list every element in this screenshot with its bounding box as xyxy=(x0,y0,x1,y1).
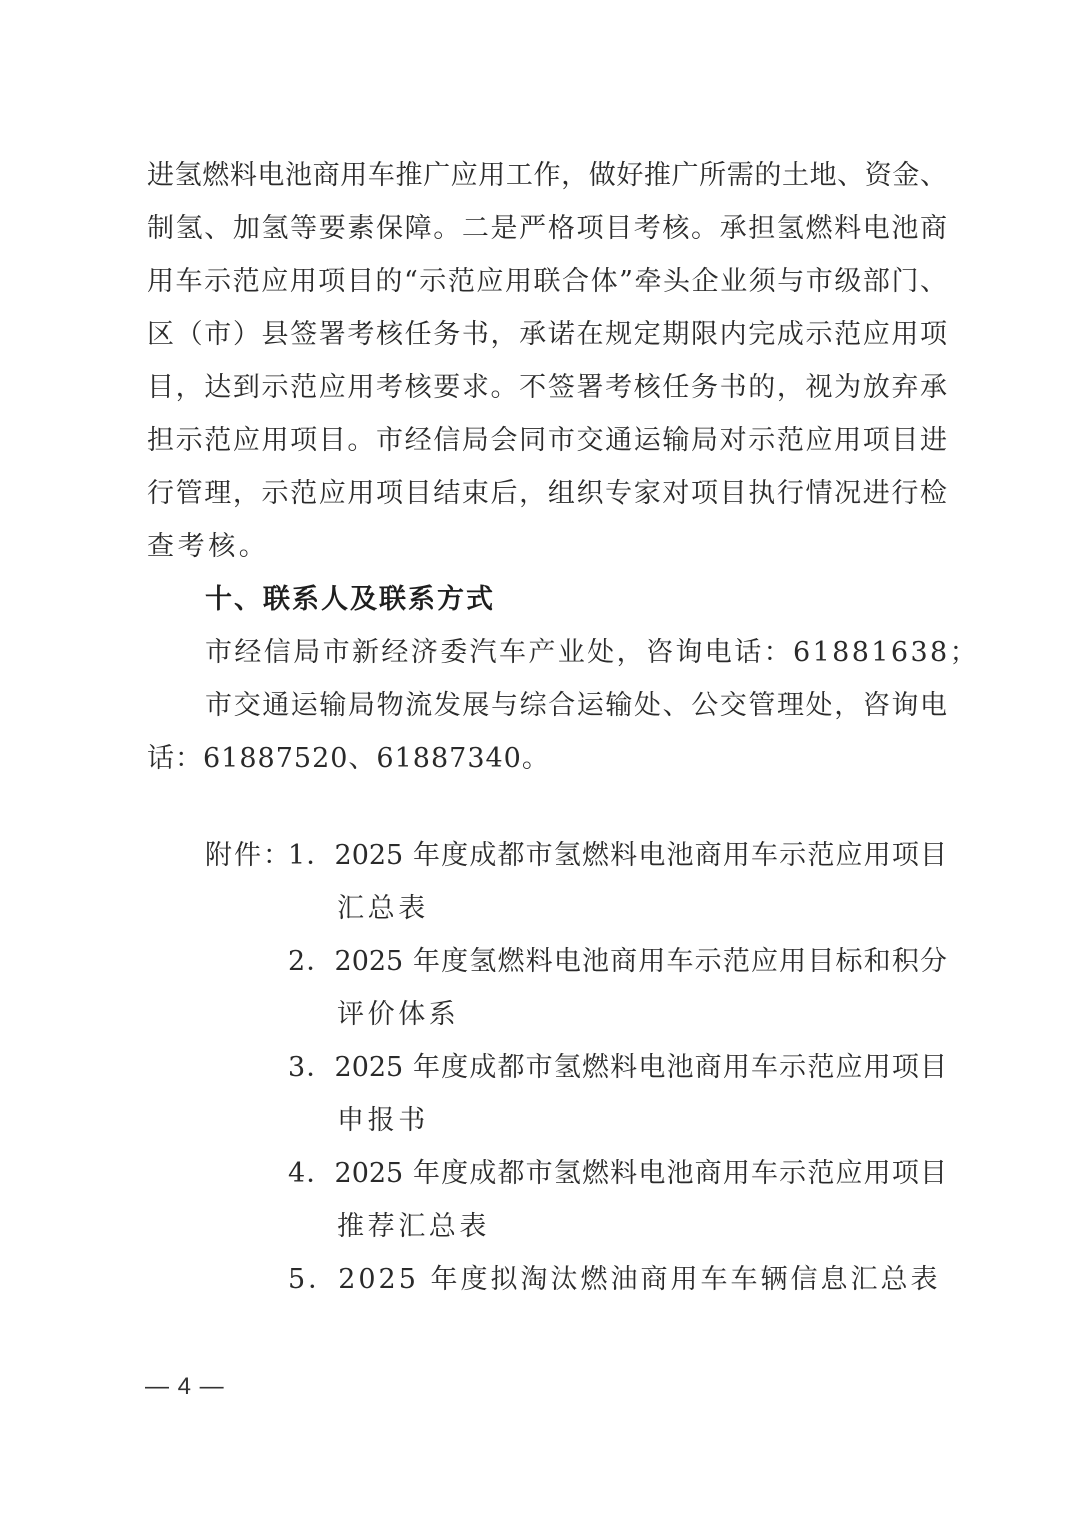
attachment-number: 1． xyxy=(288,840,335,871)
attachment-title: 2025 年度氢燃料电池商用车示范应用目标和积分 xyxy=(335,946,947,977)
attachment-title: 2025 年度成都市氢燃料电池商用车示范应用项目 xyxy=(335,840,947,871)
attachment-number: 4． xyxy=(288,1158,335,1189)
paragraph-line: 用车示范应用项目的“示范应用联合体”牵头企业须与市级部门、 xyxy=(147,264,947,300)
attachments-label: 附件： xyxy=(205,838,292,874)
contact-line-transport-phones: 话：61887520、61887340。 xyxy=(147,741,550,777)
section-heading: 十、联系人及联系方式 xyxy=(205,582,495,618)
paragraph-line: 进氢燃料电池商用车推广应用工作，做好推广所需的土地、资金、 xyxy=(147,158,947,194)
contact-line-transport-bureau: 市交通运输局物流发展与综合运输处、公交管理处，咨询电 xyxy=(205,688,947,724)
attachment-title-continued: 推荐汇总表 xyxy=(337,1209,490,1245)
paragraph-line: 区（市）县签署考核任务书，承诺在规定期限内完成示范应用项 xyxy=(147,317,947,353)
attachment-title: 2025 年度成都市氢燃料电池商用车示范应用项目 xyxy=(335,1158,947,1189)
page-number: — 4 — xyxy=(145,1373,225,1401)
contact-line-economy-bureau: 市经信局市新经济委汽车产业处，咨询电话：61881638； xyxy=(205,635,979,671)
paragraph-line: 行管理，示范应用项目结束后，组织专家对项目执行情况进行检 xyxy=(147,476,947,512)
paragraph-line: 制氢、加氢等要素保障。二是严格项目考核。承担氢燃料电池商 xyxy=(147,211,947,247)
attachment-title-continued: 汇总表 xyxy=(337,891,429,927)
attachment-title: 2025 年度成都市氢燃料电池商用车示范应用项目 xyxy=(335,1052,947,1083)
attachment-number: 2． xyxy=(288,946,335,977)
attachment-title-continued: 评价体系 xyxy=(337,997,459,1033)
paragraph-line: 查考核。 xyxy=(147,529,269,565)
attachment-title: 2025 年度拟淘汰燃油商用车车辆信息汇总表 xyxy=(338,1264,940,1295)
paragraph-line: 目，达到示范应用考核要求。不签署考核任务书的，视为放弃承 xyxy=(147,370,947,406)
attachment-number: 3． xyxy=(288,1052,335,1083)
attachment-title-continued: 申报书 xyxy=(337,1103,429,1139)
paragraph-line: 担示范应用项目。市经信局会同市交通运输局对示范应用项目进 xyxy=(147,423,947,459)
attachment-number: 5． xyxy=(288,1264,338,1295)
